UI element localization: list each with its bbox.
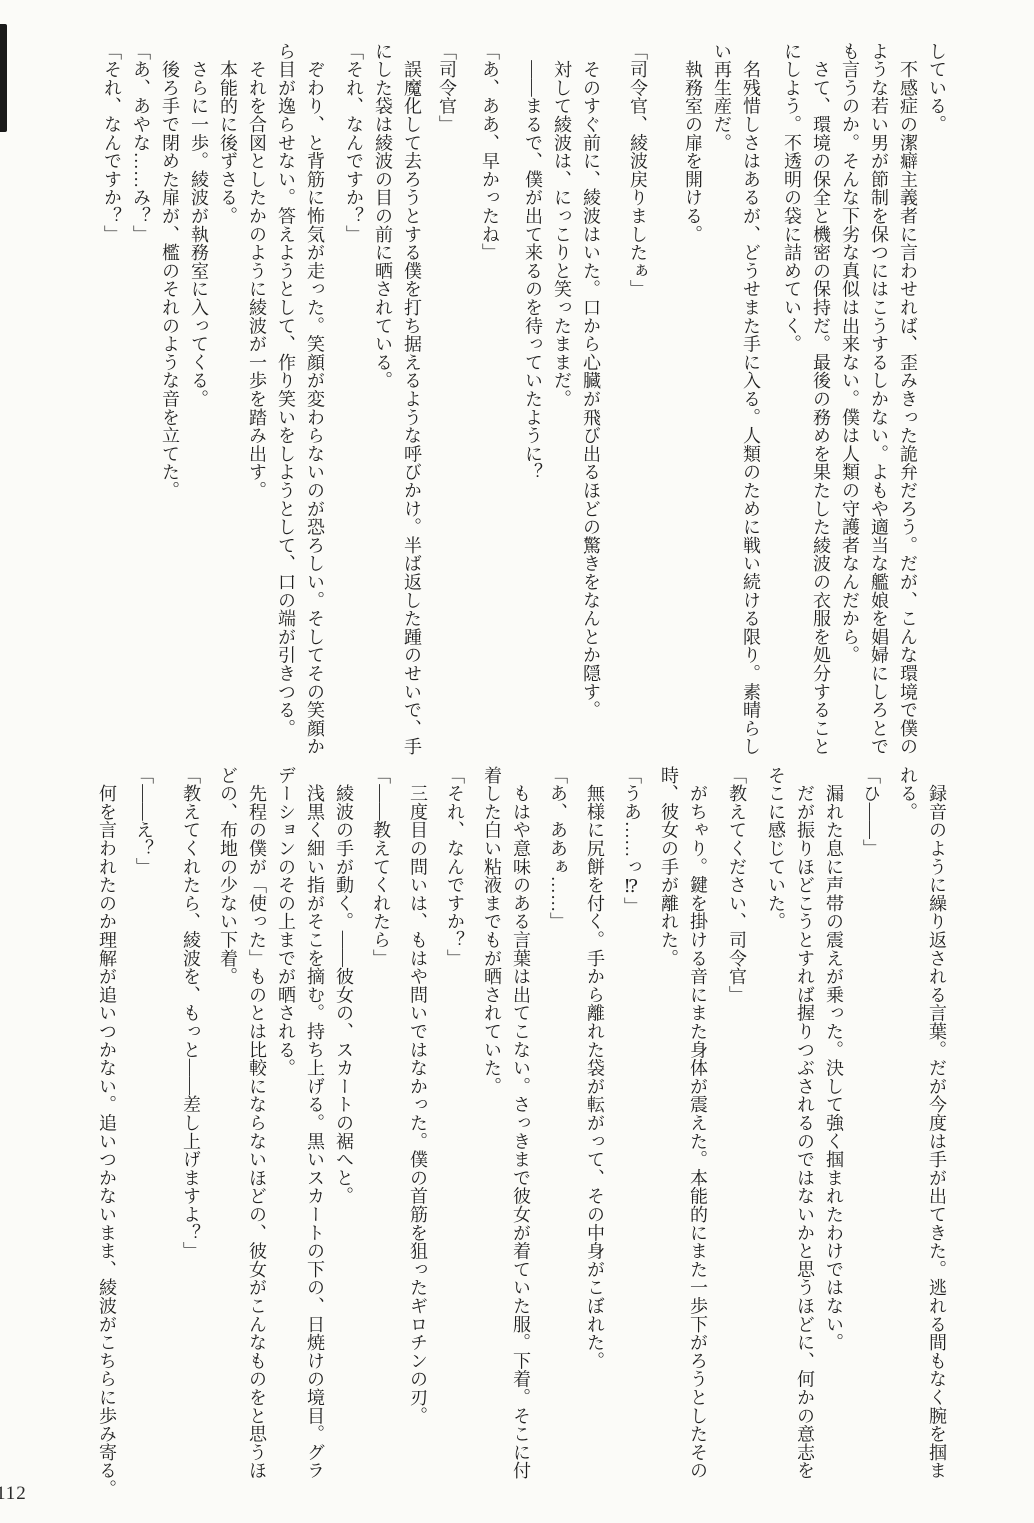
- paragraph: 三度目の問いは、もはや問いではなかった。僕の首筋を狙ったギロチンの刃。: [403, 766, 432, 1502]
- paragraph: 不感症の潔癖主義者に言わせれば、歪みきった詭弁だろう。だが、こんな環境で僕の よ…: [835, 42, 922, 762]
- paragraph: 「あ、ああ、早かったね」: [475, 42, 504, 762]
- paragraph: 「あ、あやな……み？」: [126, 42, 155, 762]
- paragraph: 執務室の扉を開ける。: [678, 42, 707, 762]
- novel-page: している。 不感症の潔癖主義者に言わせれば、歪みきった詭弁だろう。だが、こんな環…: [0, 0, 1034, 1523]
- paragraph: 本能的に後ずさる。: [213, 42, 242, 762]
- paragraph: 名残惜しさはあるが、どうせまた手に入る。人類のために戦い続ける限り。素晴らし い…: [707, 42, 765, 762]
- paragraph: ぞわり、と背筋に怖気が走った。笑顔が変わらないのが恐ろしい。そしてその笑顔か ら…: [271, 42, 329, 762]
- paragraph: している。: [922, 42, 951, 762]
- paragraph: 「うあ……っ⁉」: [617, 766, 646, 1502]
- paragraph: 浅黒く細い指がそこを摘む。持ち上げる。黒いスカートの下の、日焼けの境目。グラ デ…: [271, 766, 329, 1502]
- paragraph: 後ろ手で閉めた扉が、檻のそれのような音を立てた。: [155, 42, 184, 762]
- paragraph: だが振りほどこうとすれば握りつぶされるのではないかと思うほどに、何かの意志を そ…: [761, 766, 819, 1502]
- paragraph: 「司令官」: [432, 42, 461, 762]
- paragraph: 「それ、なんですか？」: [440, 766, 469, 1502]
- paragraph: 漏れた息に声帯の震えが乗った。決して強く掴まれたわけではない。: [819, 766, 848, 1502]
- page-number: 112: [0, 1483, 27, 1505]
- paragraph: 「――え？」: [129, 766, 158, 1502]
- top-text-block: している。 不感症の潔癖主義者に言わせれば、歪みきった詭弁だろう。だが、こんな環…: [97, 42, 951, 762]
- paragraph: もはや意味のある言葉は出てこない。さっきまで彼女が着ていた服。下着。そこに付 着…: [477, 766, 535, 1502]
- paragraph: 「司令官、綾波戻りましたぁ」: [623, 42, 652, 762]
- paragraph: 綾波の手が動く。――彼女の、スカートの裾へと。: [329, 766, 358, 1502]
- paragraph: 「それ、なんですか？」: [97, 42, 126, 762]
- bottom-text-block: 録音のように繰り返される言葉。だが今度は手が出てきた。逃れる間もなく腕を掴ま れ…: [92, 766, 951, 1502]
- paragraph: さらに一歩。綾波が執務室に入ってくる。: [184, 42, 213, 762]
- scan-artifact-mark: [0, 24, 7, 132]
- paragraph: さて、環境の保全と機密の保持だ。最後の務めを果たした綾波の衣服を処分すること に…: [777, 42, 835, 762]
- paragraph: 録音のように繰り返される言葉。だが今度は手が出てきた。逃れる間もなく腕を掴ま れ…: [893, 766, 951, 1502]
- paragraph: 「――教えてくれたら」: [366, 766, 395, 1502]
- paragraph: 何を言われたのか理解が追いつかない。追いつかないまま、綾波がこちらに歩み寄る。: [92, 766, 121, 1502]
- paragraph: そのすぐ前に、綾波はいた。口から心臓が飛び出るほどの驚きをなんとか隠す。: [576, 42, 605, 762]
- paragraph: がちゃり。鍵を掛ける音にまた身体が震えた。本能的にまた一歩下がろうとしたその 時…: [654, 766, 712, 1502]
- paragraph: 誤魔化して去ろうとする僕を打ち据えるような呼びかけ。半ば返した踵のせいで、手 に…: [368, 42, 426, 762]
- paragraph: 「ひ――」: [856, 766, 885, 1502]
- paragraph: 「教えてくれたら、綾波を、もっと――差し上げますよ？」: [176, 766, 205, 1502]
- paragraph: 「教えてください、司令官」: [722, 766, 751, 1502]
- paragraph: 「あ、ああぁ……」: [543, 766, 572, 1502]
- paragraph: それを合図としたかのように綾波が一歩を踏み出す。: [242, 42, 271, 762]
- paragraph: 「それ、なんですか？」: [339, 42, 368, 762]
- paragraph: 対して綾波は、にっこりと笑ったままだ。: [547, 42, 576, 762]
- paragraph: ――まるで、僕が出て来るのを待っていたように？: [518, 42, 547, 762]
- paragraph: 無様に尻餅を付く。手から離れた袋が転がって、その中身がこぼれた。: [580, 766, 609, 1502]
- paragraph: 先程の僕が「使った」ものとは比較にならないほどの、彼女がこんなものをと思うほ ど…: [213, 766, 271, 1502]
